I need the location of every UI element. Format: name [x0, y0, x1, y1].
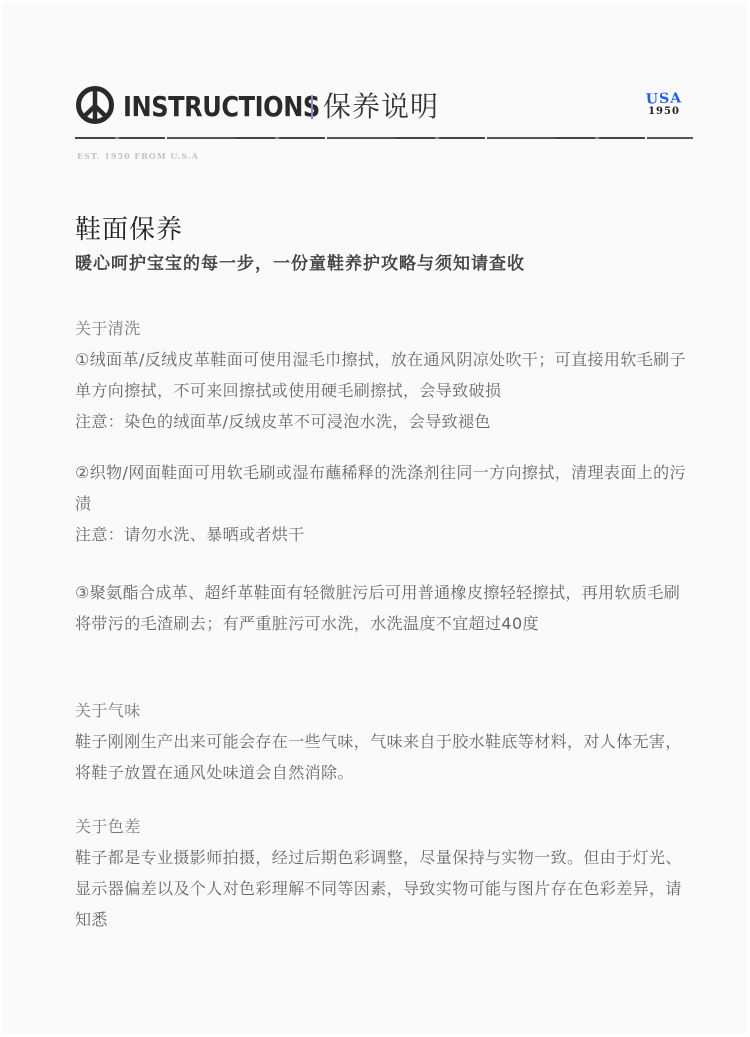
section-heading: 关于清洗: [75, 313, 695, 344]
section-cleaning: 关于清洗 ①绒面革/反绒皮革鞋面可使用湿毛巾擦拭，放在通风阴凉处吹干；可直接用软…: [75, 313, 695, 437]
page-subtitle: 暖心呵护宝宝的每一步，一份童鞋养护攻略与须知请查收: [75, 249, 525, 274]
brand-title-cn: 保养说明: [323, 87, 439, 127]
section-note: 注意：染色的绒面革/反绒皮革不可浸泡水洗，会导致褪色: [75, 406, 695, 437]
section-cleaning-synthetic: ③聚氨酯合成革、超纤革鞋面有轻微脏污后可用普通橡皮擦轻轻擦拭，再用软质毛刷将带污…: [75, 577, 695, 639]
section-cleaning-fabric: ②织物/网面鞋面可用软毛刷或湿布蘸稀释的洗涤剂往同一方向擦拭，清理表面上的污渍 …: [75, 457, 695, 550]
section-note: 注意：请勿水洗、暴晒或者烘干: [75, 519, 695, 550]
section-paragraph: ①绒面革/反绒皮革鞋面可使用湿毛巾擦拭，放在通风阴凉处吹干；可直接用软毛刷子单方…: [75, 344, 695, 406]
usa-badge-year: 1950: [639, 106, 689, 117]
section-heading: 关于色差: [75, 811, 695, 842]
header: INSTRUCTIONS 保养说明: [75, 83, 695, 133]
brand-title-en: INSTRUCTIONS: [123, 87, 320, 127]
brand-divider: [311, 95, 313, 119]
section-paragraph: ②织物/网面鞋面可用软毛刷或湿布蘸稀释的洗涤剂往同一方向擦拭，清理表面上的污渍: [75, 457, 695, 519]
section-color-difference: 关于色差 鞋子都是专业摄影师拍摄，经过后期色彩调整，尽量保持与实物一致。但由于灯…: [75, 811, 695, 935]
est-line: EST. 1950 FROM U.S.A: [77, 151, 199, 161]
section-odor: 关于气味 鞋子刚刚生产出来可能会存在一些气味，气味来自于胶水鞋底等材料，对人体无…: [75, 695, 695, 788]
usa-badge-text: USA: [639, 90, 690, 108]
section-paragraph: 鞋子刚刚生产出来可能会存在一些气味，气味来自于胶水鞋底等材料，对人体无害，将鞋子…: [75, 726, 695, 788]
peace-sign-icon: [75, 85, 115, 125]
section-paragraph: ③聚氨酯合成革、超纤革鞋面有轻微脏污后可用普通橡皮擦轻轻擦拭，再用软质毛刷将带污…: [75, 577, 695, 639]
instructions-page: INSTRUCTIONS 保养说明 USA 1950 EST. 1950 FRO…: [3, 3, 750, 1037]
section-heading: 关于气味: [75, 695, 695, 726]
usa-badge: USA 1950: [639, 91, 689, 117]
page-title: 鞋面保养: [75, 209, 183, 246]
header-divider: [75, 137, 693, 139]
section-paragraph: 鞋子都是专业摄影师拍摄，经过后期色彩调整，尽量保持与实物一致。但由于灯光、显示器…: [75, 842, 695, 935]
